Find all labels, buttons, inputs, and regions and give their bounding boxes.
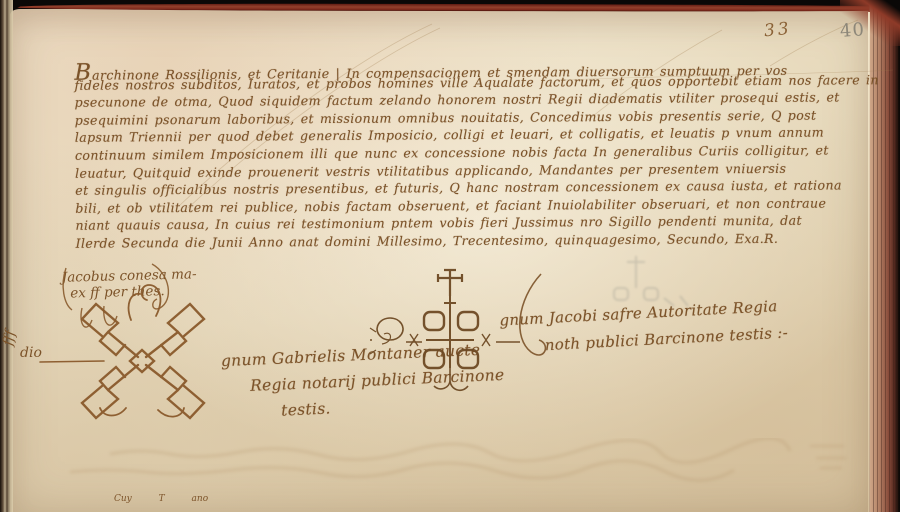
verso-showthrough-cross (592, 252, 702, 332)
folio-number-pencil: 40 (839, 19, 865, 42)
margin-flourish: fff (0, 329, 19, 347)
charter-text-block: Barchinone Rossilionis, et Ceritanie | I… (74, 54, 865, 253)
bottom-fragment: T (159, 494, 165, 504)
verso-showthrough-text (50, 438, 900, 502)
notarial-knot-mark (38, 282, 250, 440)
bottom-fragment: ano (192, 494, 209, 504)
bottom-fragment: Cuy (114, 494, 132, 504)
folio-number-ink: 33 (763, 19, 793, 42)
bottom-margin-fragments: Cuy T ano (114, 494, 232, 504)
manuscript-photo: 33 40 Barchinone Rossilionis, et Ceritan… (0, 0, 900, 512)
